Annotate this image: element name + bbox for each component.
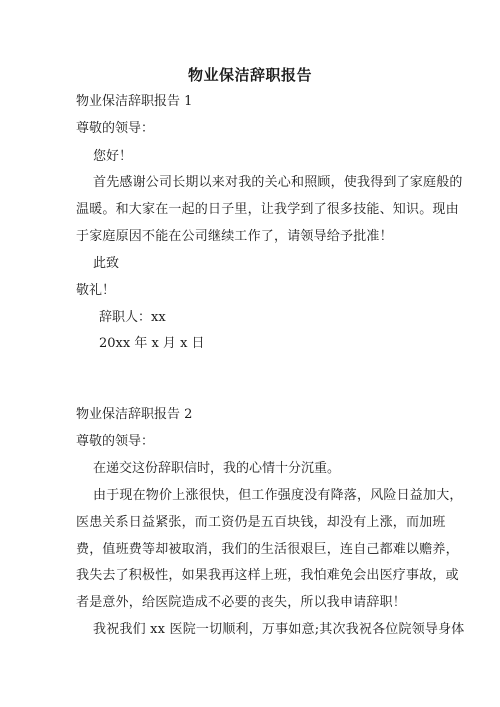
section-2-heading: 物业保洁辞职报告 2 <box>76 407 192 423</box>
section-1-paragraph-line: 温暖。和大家在一起的日子里，让我学到了很多技能、知识。现由 <box>76 202 459 218</box>
section-2-paragraph-line: 费，值班费等却被取消，我们的生活很艰巨，连自己都难以赡养， <box>76 542 459 558</box>
section-2-paragraph-line: 由于现在物价上涨很快，但工作强度没有降落，风险日益加大， <box>93 488 463 504</box>
section-2-paragraph-line: 医患关系日益紧张，而工资仍是五百块钱，却没有上涨，而加班 <box>76 515 446 531</box>
section-1-regards: 敬礼！ <box>76 283 115 299</box>
section-2-wish: 我祝我们 xx 医院一切顺利，万事如意;其次我祝各位院领导身体 <box>93 622 465 638</box>
section-2-paragraph-line: 者是意外，给医院造成不必要的丧失，所以我申请辞职！ <box>76 595 406 611</box>
section-1-closing: 此致 <box>93 256 119 272</box>
section-2-intro: 在递交这份辞职信时，我的心情十分沉重。 <box>93 461 340 477</box>
section-2-paragraph-line: 我失去了积极性，如果我再这样上班，我怕难免会出医疗事故，或 <box>76 568 459 584</box>
section-1-paragraph-line: 首先感谢公司长期以来对我的关心和照顾，使我得到了家庭般的 <box>93 175 463 191</box>
section-1-greeting: 您好！ <box>93 149 132 165</box>
document-title: 物业保洁辞职报告 <box>0 64 500 85</box>
section-1-date: 20xx 年 x 月 x 日 <box>99 336 205 352</box>
section-1-paragraph-line: 于家庭原因不能在公司继续工作了，请领导给予批准！ <box>76 229 393 245</box>
section-2-salutation: 尊敬的领导： <box>76 434 154 450</box>
section-1-signer: 辞职人：xx <box>99 310 166 326</box>
section-1-heading: 物业保洁辞职报告 1 <box>76 94 192 110</box>
document-page: 物业保洁辞职报告 物业保洁辞职报告 1 尊敬的领导： 您好！ 首先感谢公司长期以… <box>0 0 500 707</box>
section-1-salutation: 尊敬的领导： <box>76 121 154 137</box>
